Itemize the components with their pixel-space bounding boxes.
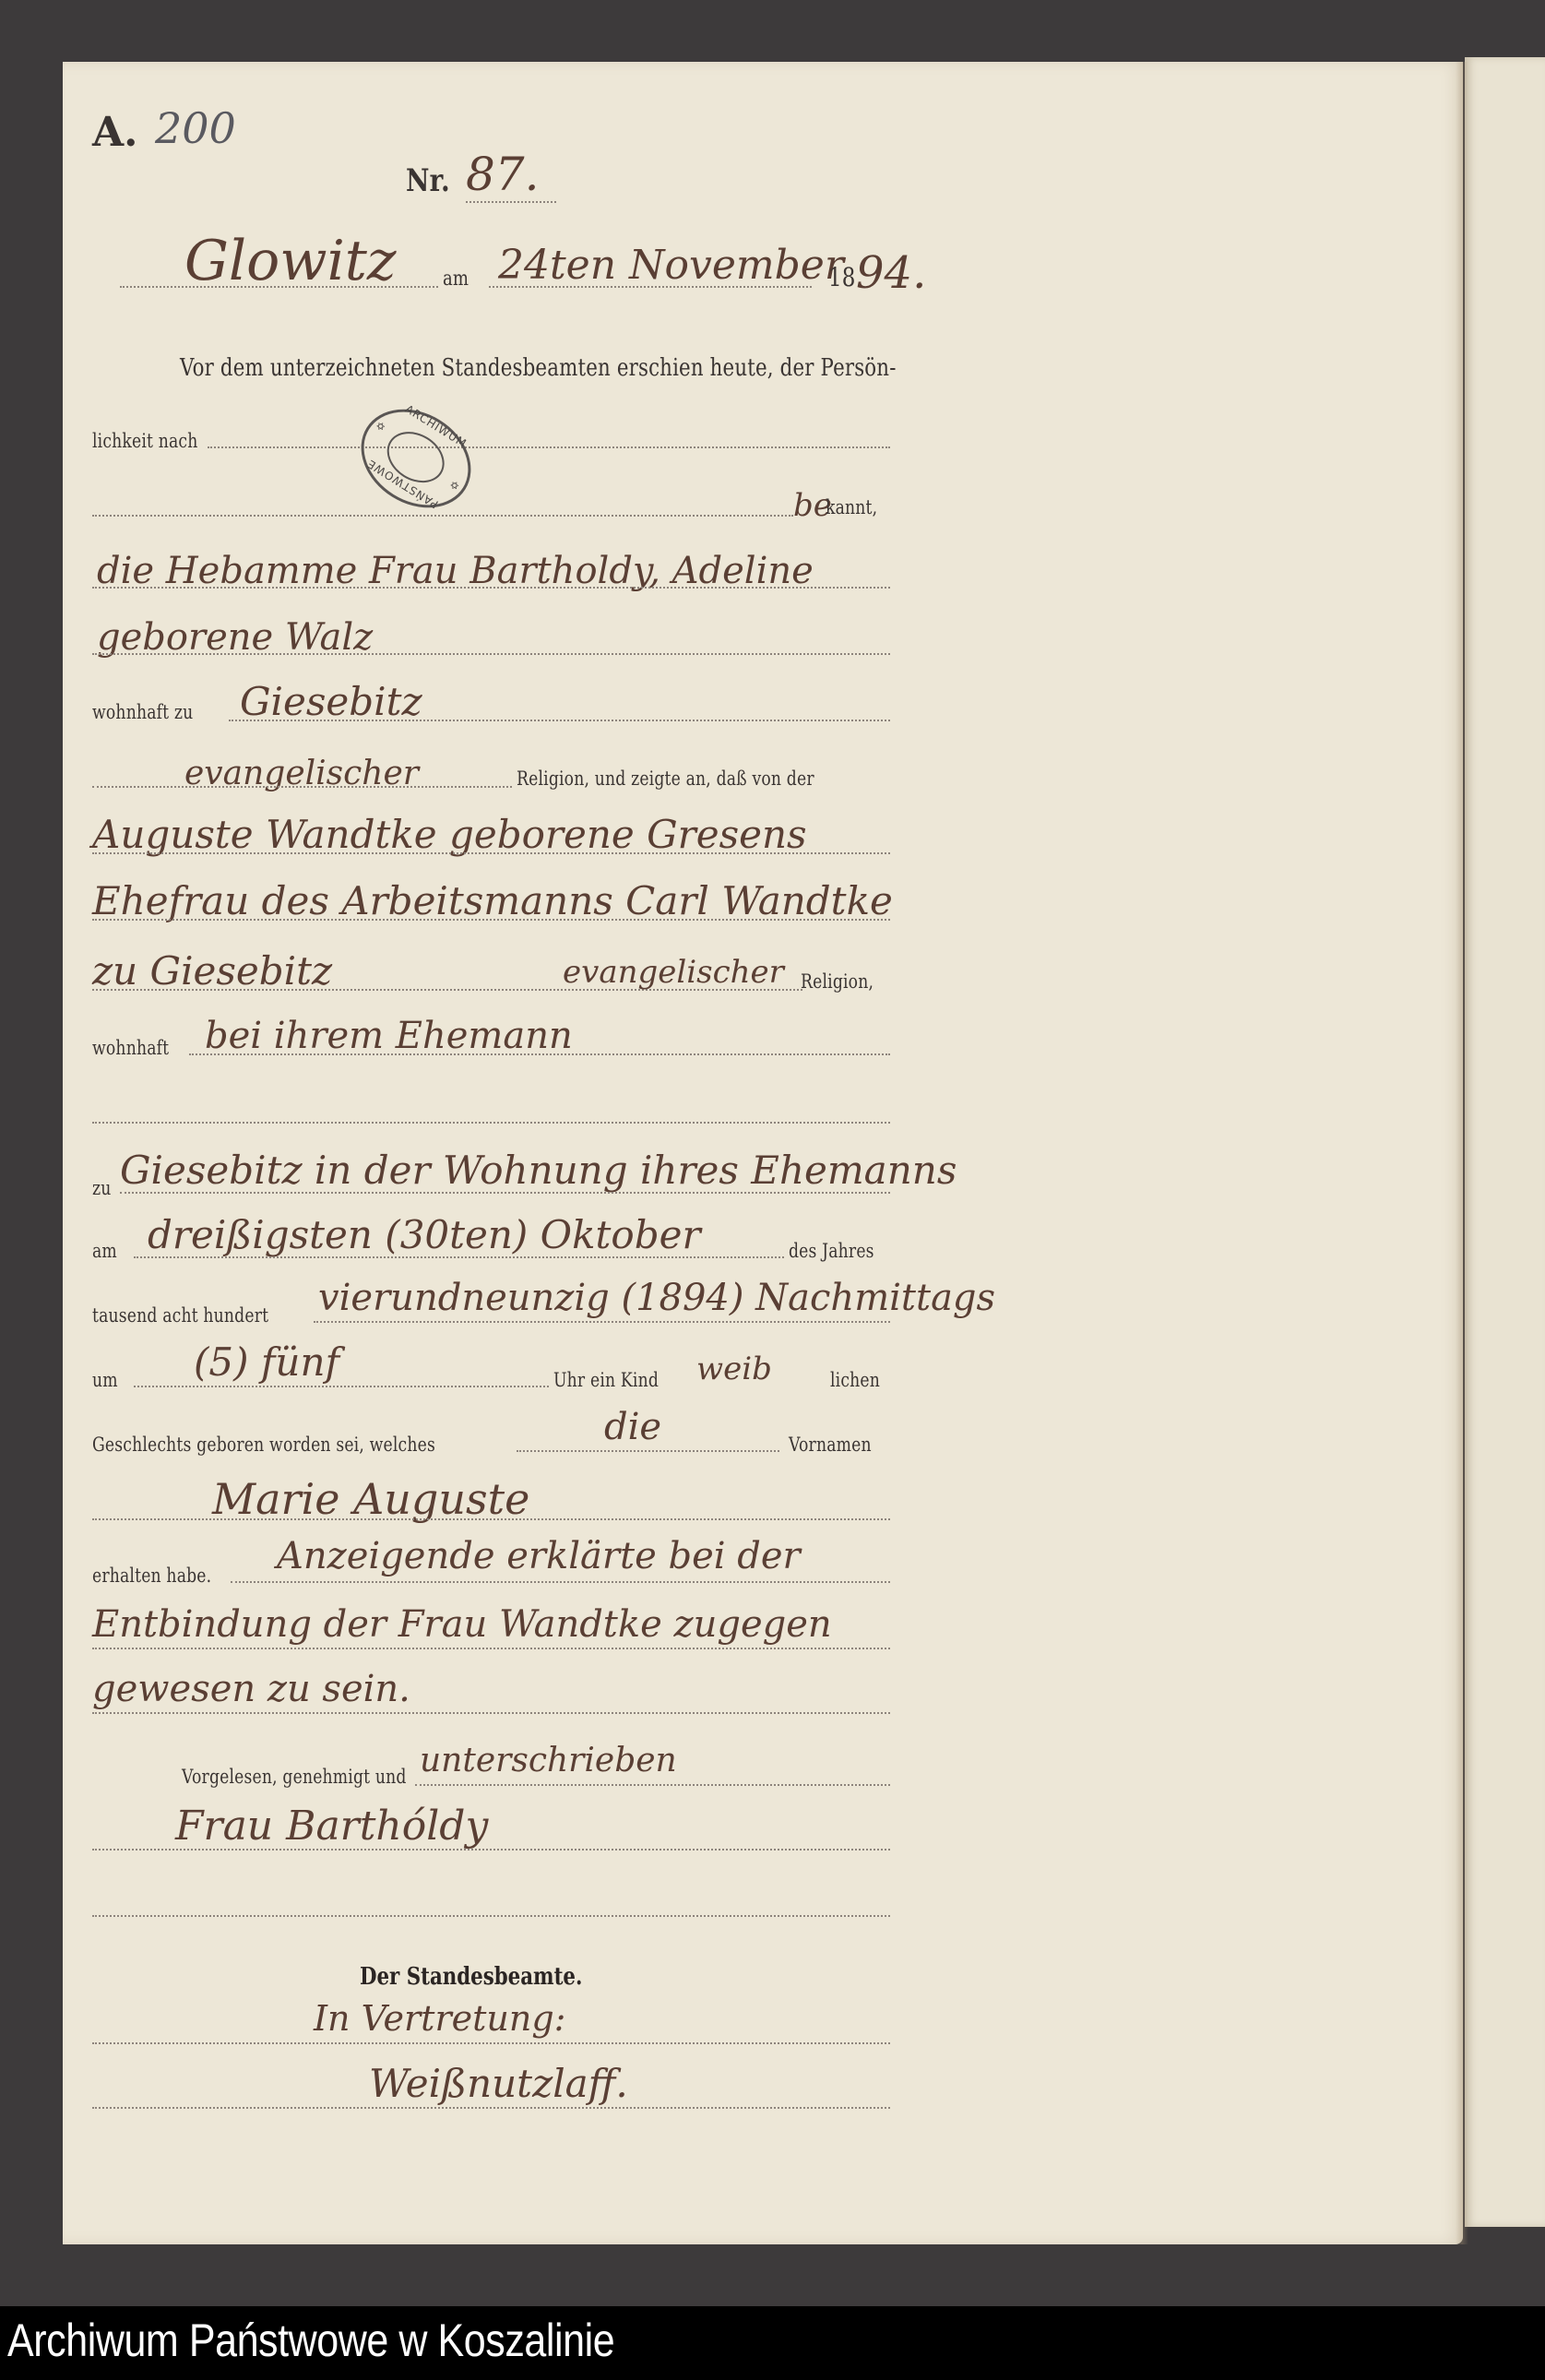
birth-date-value: dreißigsten (30ten) Oktober [148, 1212, 701, 1257]
page-fold [1456, 62, 1468, 2244]
residence-label: wohnhaft zu [92, 701, 193, 723]
birth-place-label: zu [92, 1177, 112, 1199]
star-icon: ✡ [374, 419, 388, 434]
line [229, 720, 890, 721]
mother-religion-value: evangelischer [563, 954, 784, 991]
forenames-label: Vornamen [789, 1434, 872, 1456]
blank-line [92, 1122, 890, 1124]
registrar-heading: Der Standesbeamte. [360, 1963, 582, 1991]
line [92, 2107, 890, 2109]
line [92, 919, 890, 921]
star-icon: ✡ [447, 478, 462, 494]
mother-line-1: Auguste Wandtke geborene Gresens [92, 812, 807, 857]
line [92, 852, 890, 854]
place-line [120, 286, 438, 288]
line [92, 2042, 890, 2044]
birth-time-value: (5) fünf [194, 1339, 339, 1385]
registrar-signature: Weißnutzlaff. [369, 2061, 628, 2106]
registrar-line-1: In Vertretung: [314, 1998, 565, 2039]
mother-line-2: Ehefrau des Arbeitsmanns Carl Wandtke [92, 878, 893, 923]
identity-label: lichkeit nach [92, 430, 198, 452]
line [189, 1053, 890, 1055]
line [134, 1386, 549, 1387]
line [231, 1581, 890, 1583]
birth-time-suffix: Uhr ein Kind [553, 1369, 659, 1391]
child-names: Marie Auguste [212, 1474, 529, 1524]
line [92, 786, 512, 788]
gender-line-label: Geschlechts geboren worden sei, welches [92, 1434, 435, 1456]
date-value: 24ten November [498, 242, 844, 289]
identity-line [208, 446, 890, 448]
line [92, 587, 890, 589]
line [92, 653, 890, 655]
received-label: erhalten habe. [92, 1565, 211, 1587]
line [415, 1784, 890, 1786]
line [314, 1321, 890, 1323]
record-number-label: Nr. [406, 162, 450, 199]
place-value: Glowitz [184, 229, 397, 293]
known-line [92, 515, 793, 517]
remark-line-1: Anzeigende erklärte bei der [277, 1535, 801, 1577]
facing-page-edge [1465, 57, 1545, 2227]
birth-date-label: am [92, 1240, 117, 1262]
date-line [489, 286, 812, 288]
line [92, 1648, 890, 1649]
remark-line-2: Entbindung der Frau Wandtke zugegen [92, 1603, 832, 1646]
gender-line-value: die [604, 1406, 661, 1448]
line [92, 1849, 890, 1850]
closing-value: unterschrieben [420, 1742, 677, 1779]
blank-line [92, 1915, 890, 1917]
intro-line: Vor dem unterzeichneten Standesbeamten e… [180, 354, 897, 382]
birth-year-words-label: tausend acht hundert [92, 1304, 268, 1327]
accession-number: 200 [155, 103, 236, 153]
line [120, 1192, 890, 1194]
informant-signature: Frau Barthóldy [175, 1803, 488, 1850]
birth-place-value: Giesebitz in der Wohnung ihres Ehemanns [120, 1148, 957, 1193]
birth-time-label: um [92, 1369, 118, 1391]
line [92, 1712, 890, 1714]
record-number-line [466, 201, 556, 203]
informant-religion-label: Religion, und zeigte an, daß von der [517, 768, 814, 790]
sex-value: weib [696, 1351, 772, 1387]
record-number: 87. [466, 148, 540, 201]
mother-residence-label: wohnhaft [92, 1037, 169, 1059]
line [134, 1256, 784, 1258]
date-am-label: am [443, 268, 469, 291]
closing-label: Vorgelesen, genehmigt und [182, 1766, 407, 1788]
sex-suffix: lichen [830, 1369, 880, 1391]
residence-value: Giesebitz [240, 679, 422, 724]
line [517, 1450, 779, 1452]
accession-prefix: A. [92, 109, 137, 156]
identity-suffix-print: kannt, [826, 496, 877, 518]
archive-name: Archiwum Państwowe w Koszalinie [7, 2314, 614, 2367]
remark-line-3: gewesen zu sein. [92, 1668, 410, 1710]
mother-residence-value: bei ihrem Ehemann [205, 1015, 573, 1057]
year-prefix: 18 [828, 262, 856, 292]
archive-banner: Archiwum Państwowe w Koszalinie [0, 2306, 1545, 2380]
line [92, 1518, 890, 1520]
mother-religion-label: Religion, [801, 970, 874, 993]
year-suffix: 94. [856, 247, 926, 299]
mother-place-value: zu Giesebitz [92, 948, 332, 994]
birth-year-value: vierundneunzig (1894) Nachmittags [318, 1277, 995, 1319]
birth-year-label-suffix: des Jahres [789, 1240, 874, 1262]
